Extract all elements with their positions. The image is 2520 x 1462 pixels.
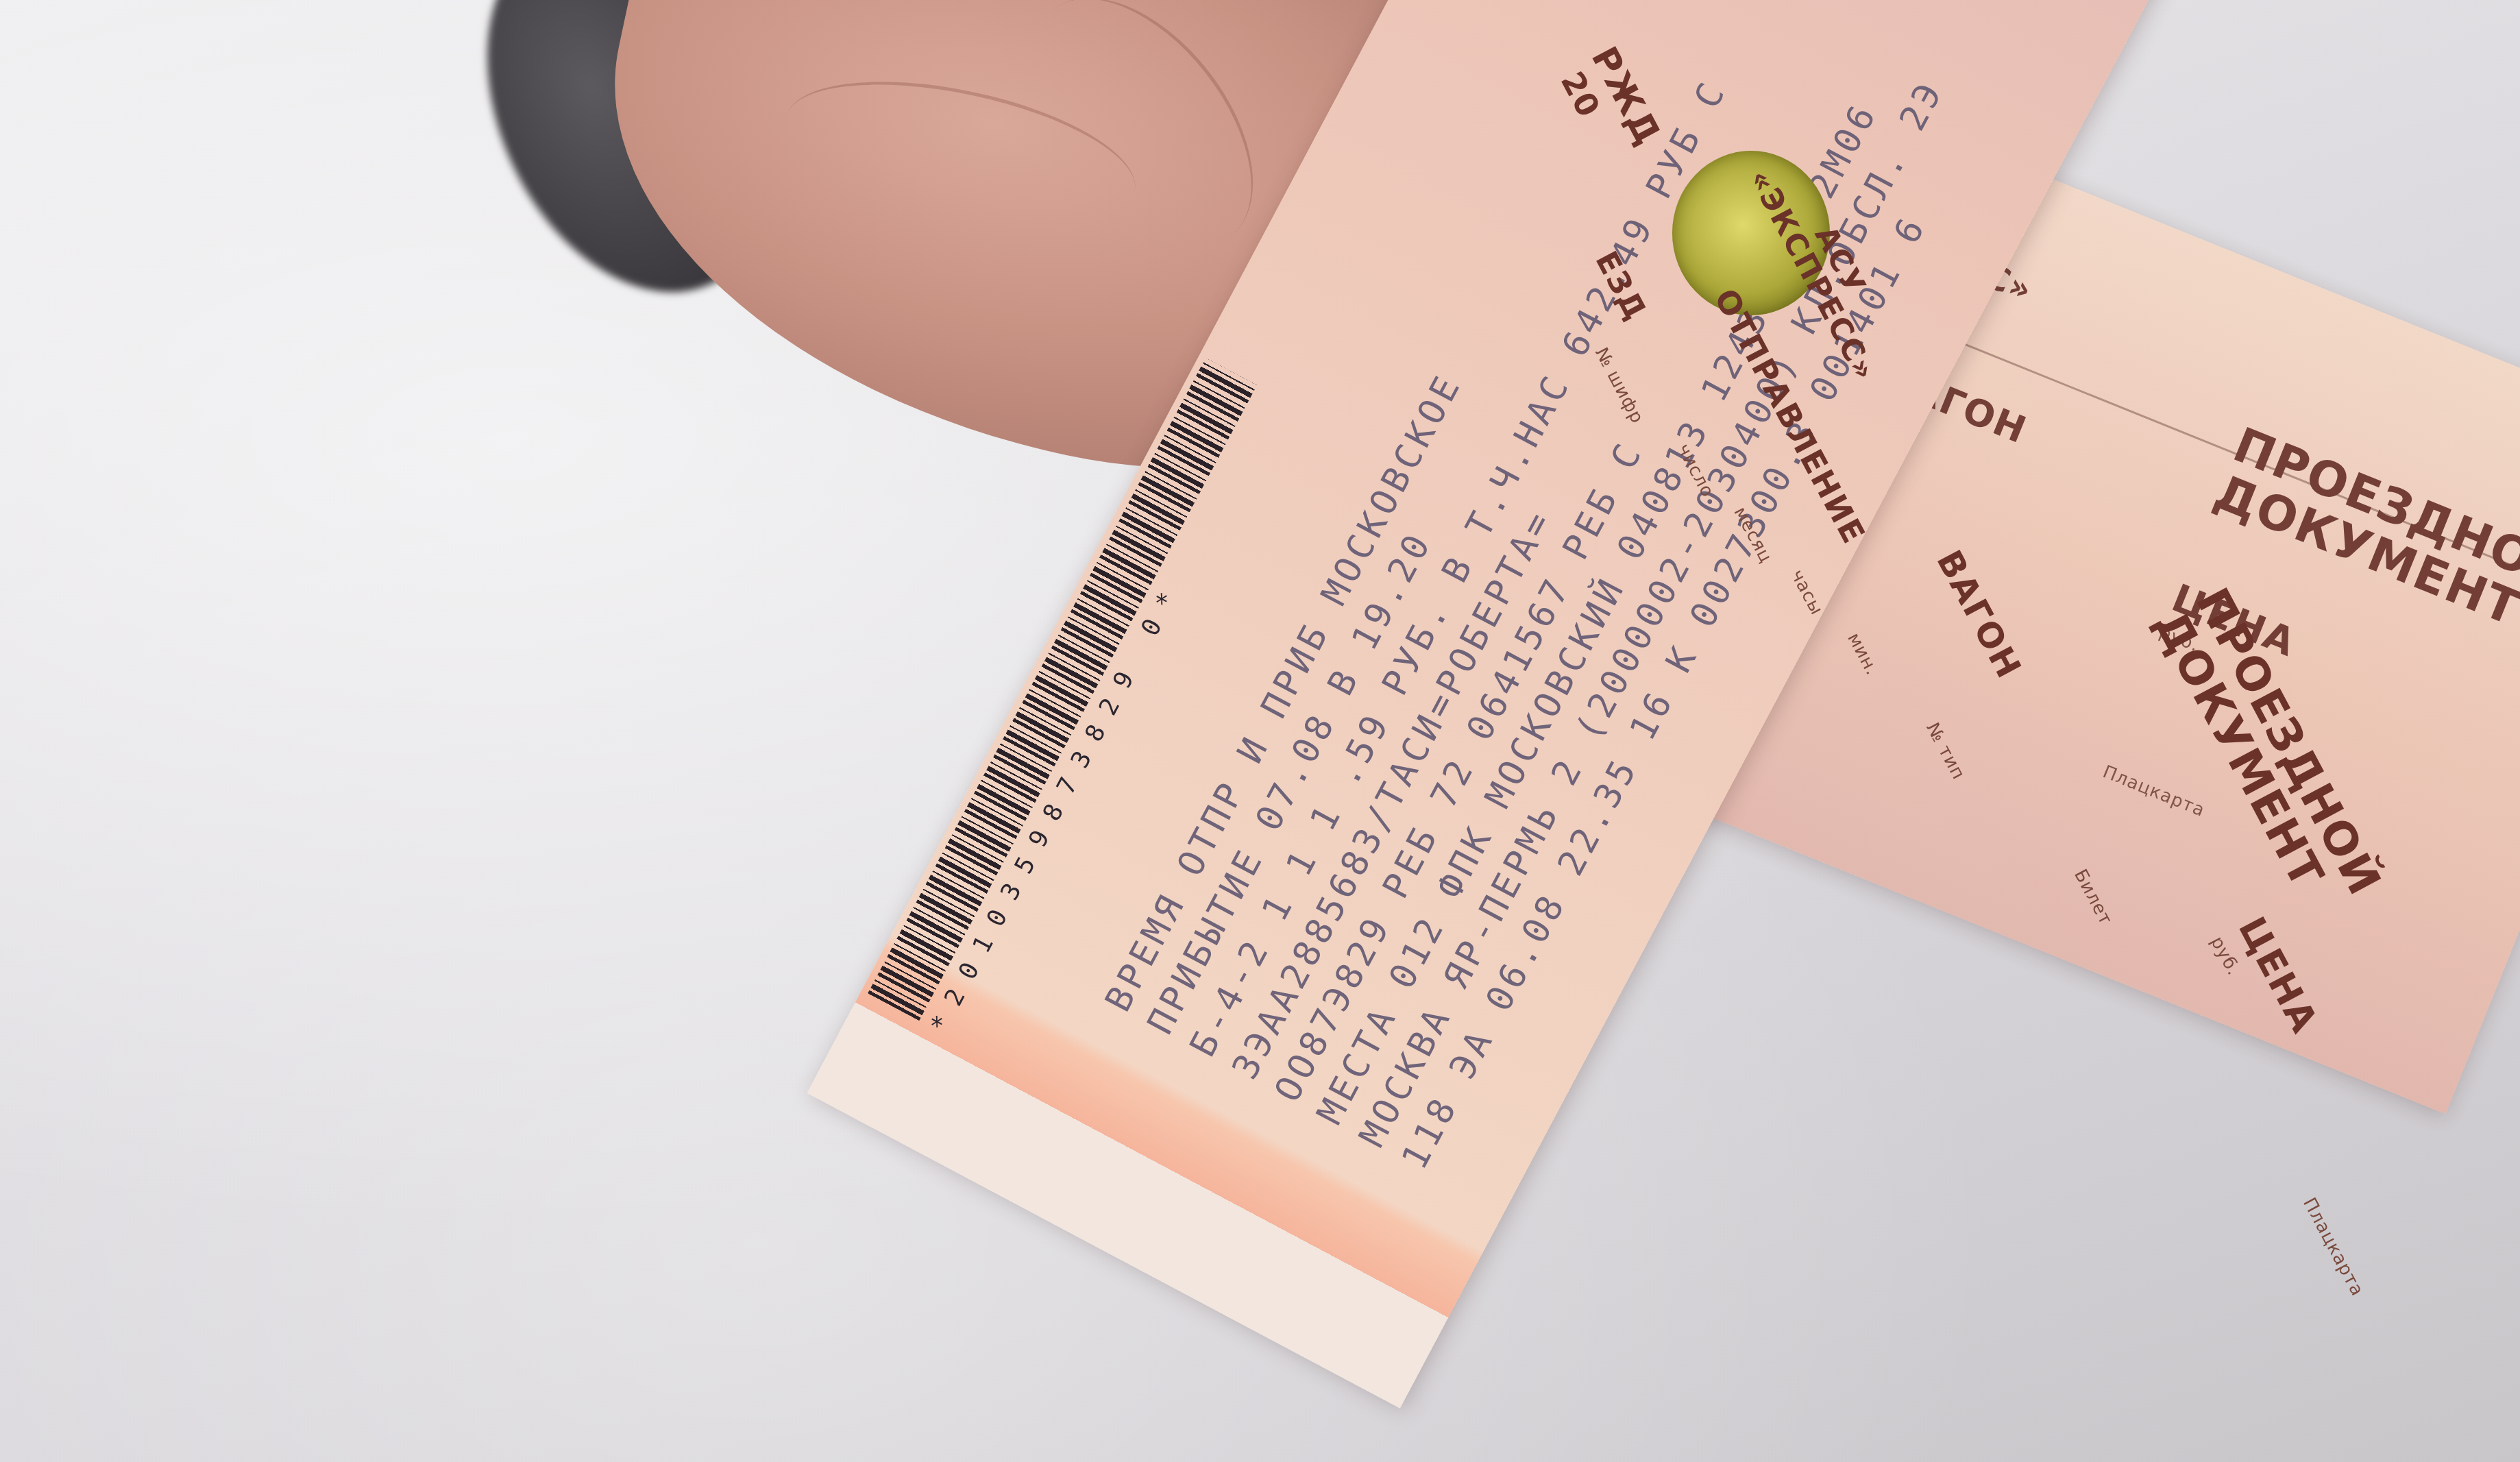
platzkart-label: Плацкарта	[2100, 763, 2207, 821]
photo-scene: ПО АСУ «ЭКСПРЕСС» ЛЕНИЕ ВАГОН ПРОЕЗДНОЙ …	[0, 0, 2520, 1462]
